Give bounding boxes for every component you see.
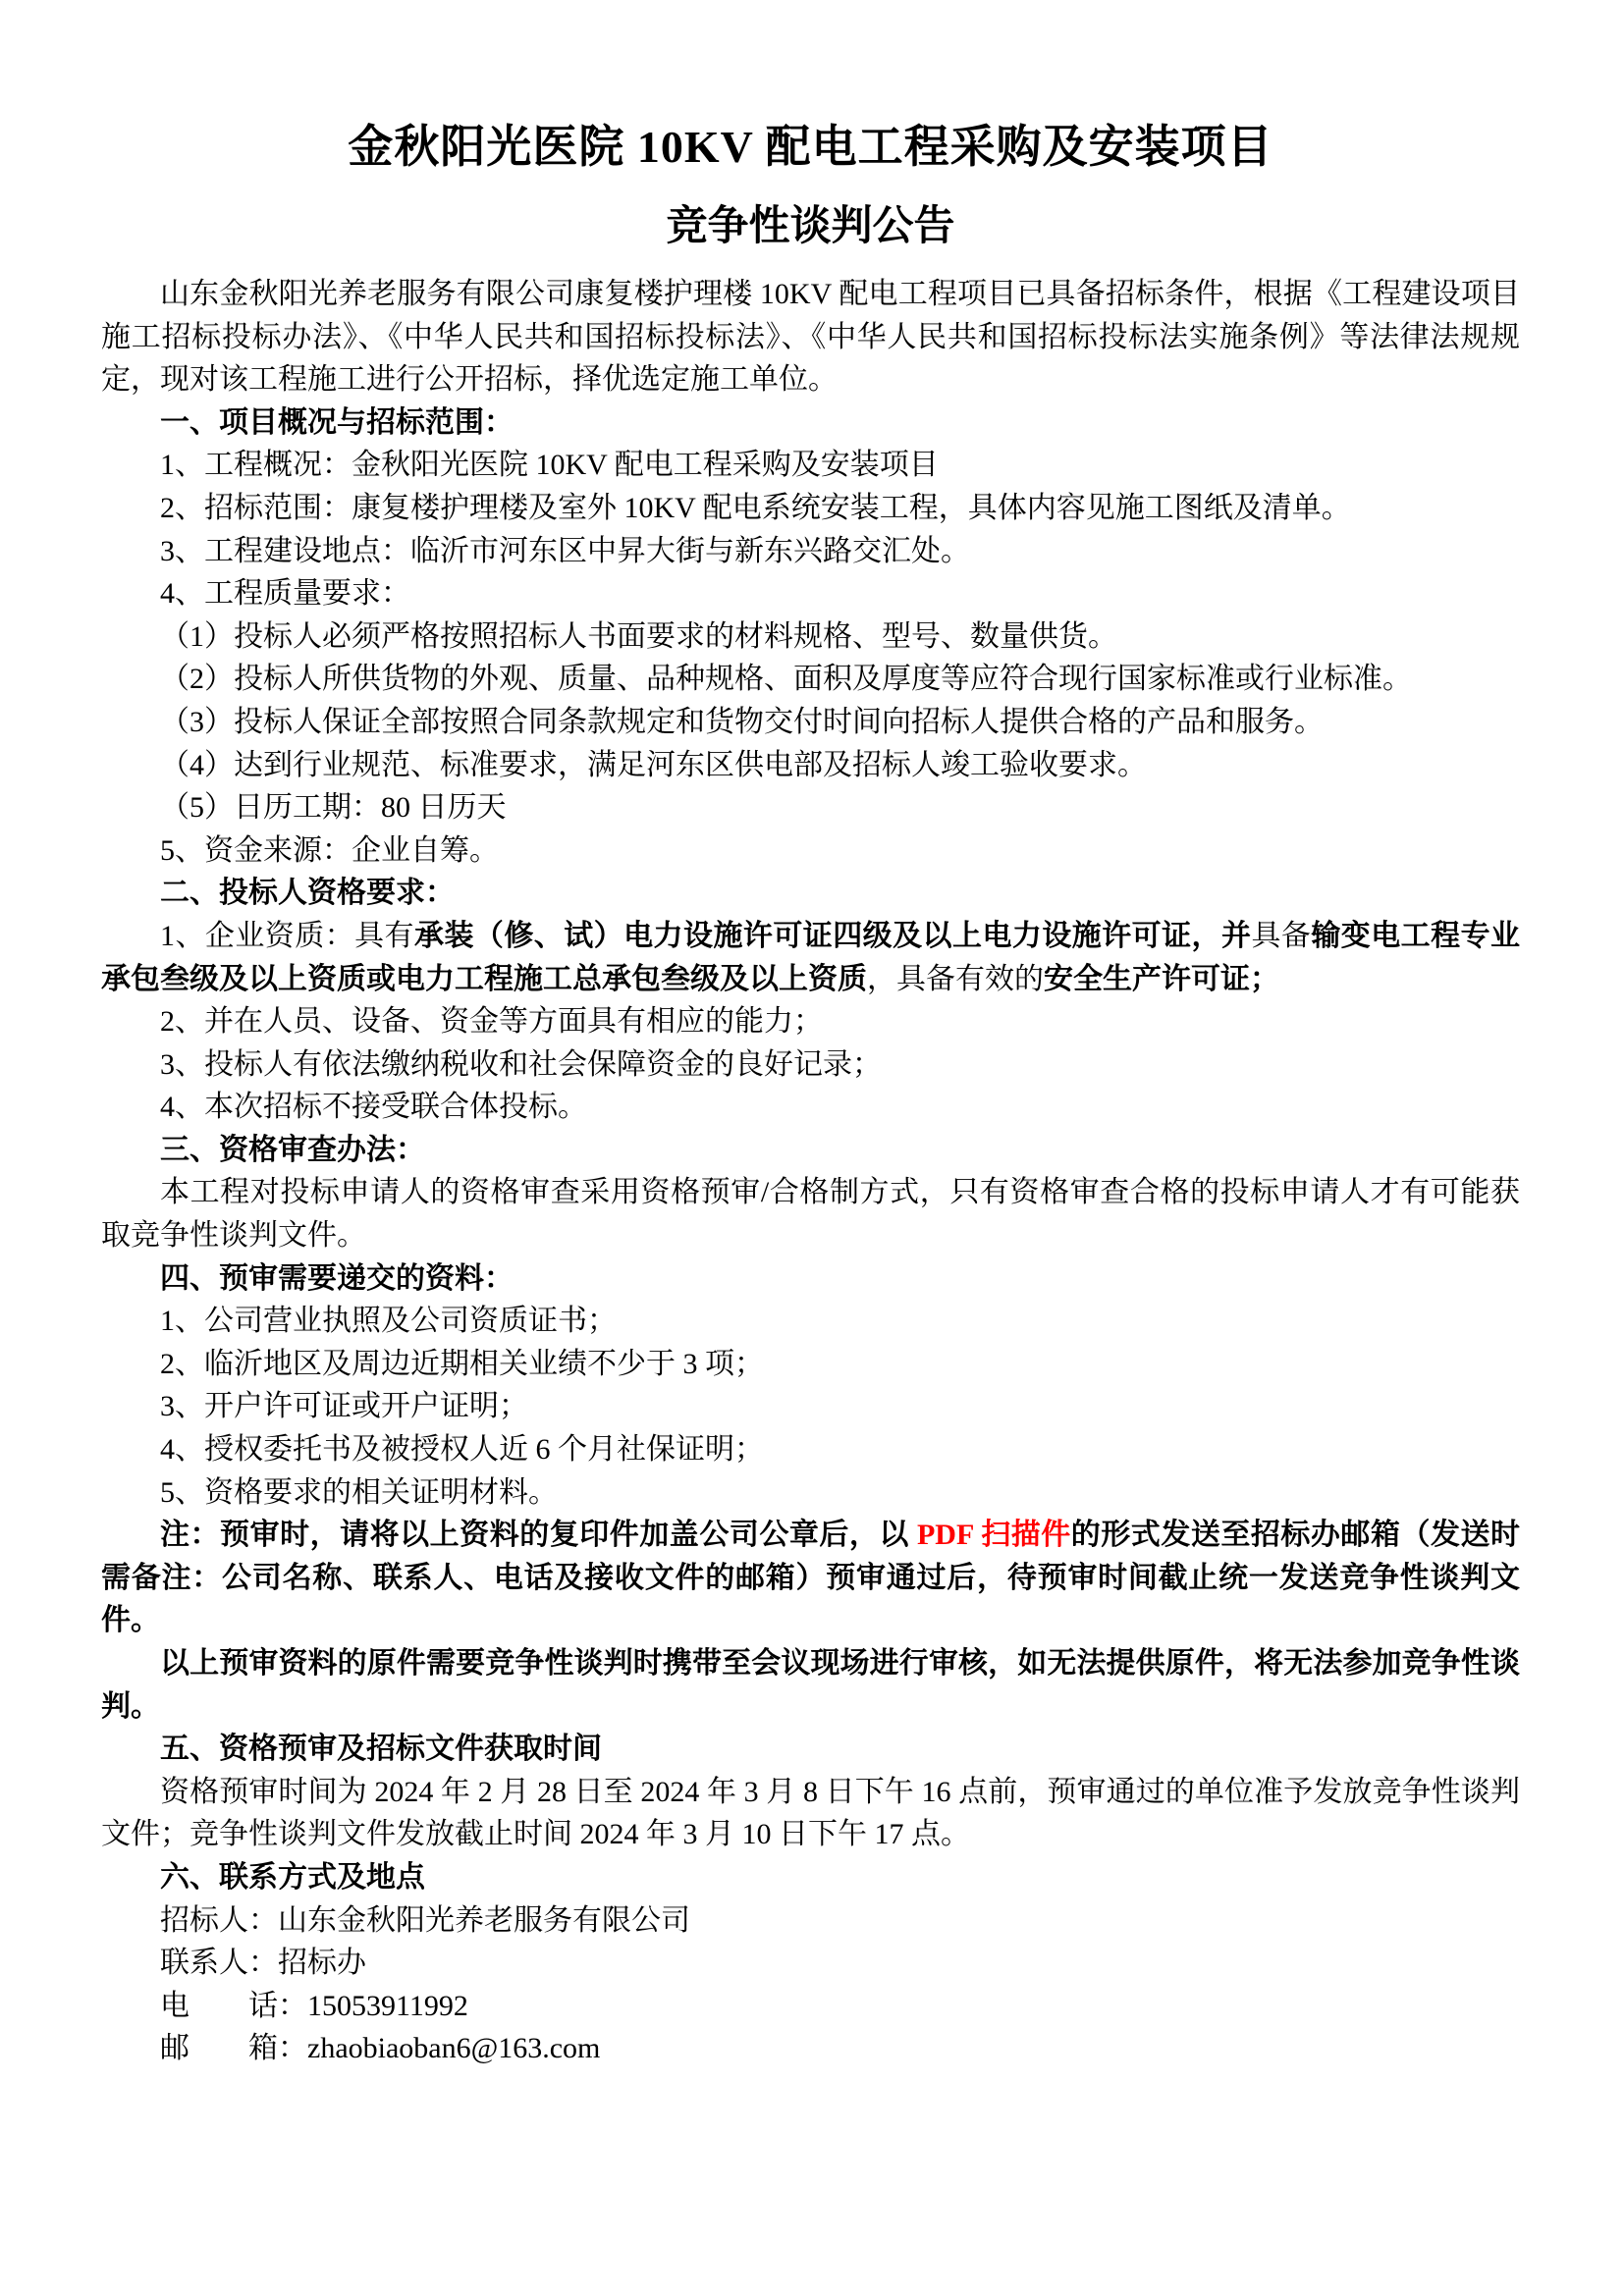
- section-heading: 一、项目概况与招标范围：: [101, 401, 1520, 445]
- text-run: 资格预审时间为 2024 年 2 月 28 日至 2024 年 3 月 8 日下…: [101, 1776, 1520, 1851]
- text-run: 山东金秋阳光养老服务有限公司康复楼护理楼 10KV 配电工程项目已具备招标条件，…: [101, 278, 1520, 396]
- text-run: 4、工程质量要求：: [160, 577, 410, 610]
- paragraph: 资格预审时间为 2024 年 2 月 28 日至 2024 年 3 月 8 日下…: [101, 1771, 1520, 1856]
- section-heading: 六、联系方式及地点: [101, 1856, 1520, 1899]
- text-run: 联系人：招标办: [160, 1947, 366, 1979]
- announcement-body: 山东金秋阳光养老服务有限公司康复楼护理楼 10KV 配电工程项目已具备招标条件，…: [101, 273, 1520, 2070]
- text-run: ，具备有效的: [867, 963, 1044, 995]
- paragraph: 1、工程概况：金秋阳光医院 10KV 配电工程采购及安装项目: [101, 444, 1520, 487]
- paragraph: 2、招标范围：康复楼护理楼及室外 10KV 配电系统安装工程，具体内容见施工图纸…: [101, 487, 1520, 530]
- paragraph: （3）投标人保证全部按照合同条款规定和货物交付时间向招标人提供合格的产品和服务。: [101, 701, 1520, 744]
- section-heading: 二、投标人资格要求：: [101, 872, 1520, 915]
- section-heading: 四、预审需要递交的资料：: [101, 1257, 1520, 1301]
- paragraph: 3、投标人有依法缴纳税收和社会保障资金的良好记录；: [101, 1043, 1520, 1087]
- text-run: 具备: [1251, 920, 1311, 952]
- paragraph: 电 话：15053911992: [101, 1985, 1520, 2028]
- paragraph: 1、企业资质：具有承装（修、试）电力设施许可证四级及以上电力设施许可证，并具备输…: [101, 915, 1520, 1000]
- section-heading: 三、资格审查办法：: [101, 1129, 1520, 1172]
- text-run: 承装（修、试）电力设施许可证四级及以上电力设施许可证，并: [414, 920, 1251, 952]
- paragraph: （4）达到行业规范、标准要求，满足河东区供电部及招标人竣工验收要求。: [101, 744, 1520, 787]
- text-run: 注：预审时，请将以上资料的复印件加盖公司公章后，以: [160, 1519, 917, 1551]
- paragraph: 3、工程建设地点：临沂市河东区中昇大街与新东兴路交汇处。: [101, 530, 1520, 573]
- paragraph: 邮 箱：zhaobiaoban6@163.com: [101, 2027, 1520, 2070]
- text-run: 5、资格要求的相关证明材料。: [160, 1476, 558, 1509]
- text-run: （3）投标人保证全部按照合同条款规定和货物交付时间向招标人提供合格的产品和服务。: [160, 706, 1324, 738]
- text-run: 4、本次招标不接受联合体投标。: [160, 1091, 587, 1123]
- document-subtitle: 竞争性谈判公告: [101, 198, 1520, 255]
- text-run: 2、临沂地区及周边近期相关业绩不少于 3 项；: [160, 1348, 764, 1380]
- paragraph: 以上预审资料的原件需要竞争性谈判时携带至会议现场进行审核，如无法提供原件，将无法…: [101, 1642, 1520, 1728]
- paragraph: 联系人：招标办: [101, 1942, 1520, 1985]
- text-run: 招标人：山东金秋阳光养老服务有限公司: [160, 1904, 690, 1937]
- text-run: 四、预审需要递交的资料：: [160, 1262, 514, 1295]
- paragraph: 招标人：山东金秋阳光养老服务有限公司: [101, 1899, 1520, 1943]
- text-run: 4、授权委托书及被授权人近 6 个月社保证明；: [160, 1433, 764, 1466]
- text-run: 1、公司营业执照及公司资质证书；: [160, 1305, 617, 1337]
- paragraph: 5、资格要求的相关证明材料。: [101, 1471, 1520, 1515]
- paragraph: （2）投标人所供货物的外观、质量、品种规格、面积及厚度等应符合现行国家标准或行业…: [101, 658, 1520, 701]
- text-run: 3、开户许可证或开户证明；: [160, 1390, 528, 1422]
- text-run: 六、联系方式及地点: [160, 1861, 425, 1894]
- paragraph: 2、临沂地区及周边近期相关业绩不少于 3 项；: [101, 1343, 1520, 1386]
- paragraph: 2、并在人员、设备、资金等方面具有相应的能力；: [101, 1000, 1520, 1043]
- text-run: 5、资金来源：企业自筹。: [160, 834, 499, 867]
- text-run: 1、工程概况：金秋阳光医院 10KV 配电工程采购及安装项目: [160, 449, 939, 481]
- text-run: 邮 箱：zhaobiaoban6@163.com: [160, 2032, 600, 2064]
- text-run: （1）投标人必须严格按照招标人书面要求的材料规格、型号、数量供货。: [160, 620, 1117, 653]
- paragraph: 1、公司营业执照及公司资质证书；: [101, 1300, 1520, 1343]
- paragraph: 3、开户许可证或开户证明；: [101, 1385, 1520, 1428]
- text-run: 2、并在人员、设备、资金等方面具有相应的能力；: [160, 1005, 823, 1038]
- text-run: 以上预审资料的原件需要竞争性谈判时携带至会议现场进行审核，如无法提供原件，将无法…: [101, 1647, 1520, 1723]
- paragraph: （1）投标人必须严格按照招标人书面要求的材料规格、型号、数量供货。: [101, 615, 1520, 659]
- text-run: 三、资格审查办法：: [160, 1134, 425, 1166]
- text-run: 2、招标范围：康复楼护理楼及室外 10KV 配电系统安装工程，具体内容见施工图纸…: [160, 492, 1351, 524]
- text-run: 3、投标人有依法缴纳税收和社会保障资金的良好记录；: [160, 1048, 882, 1081]
- section-heading: 五、资格预审及招标文件获取时间: [101, 1728, 1520, 1771]
- text-run: 安全生产许可证；: [1044, 963, 1279, 995]
- paragraph: 4、授权委托书及被授权人近 6 个月社保证明；: [101, 1428, 1520, 1471]
- paragraph: 注：预审时，请将以上资料的复印件加盖公司公章后，以 PDF 扫描件的形式发送至招…: [101, 1514, 1520, 1642]
- paragraph: 4、本次招标不接受联合体投标。: [101, 1086, 1520, 1129]
- text-run: （5）日历工期：80 日历天: [160, 791, 507, 824]
- paragraph: 山东金秋阳光养老服务有限公司康复楼护理楼 10KV 配电工程项目已具备招标条件，…: [101, 273, 1520, 401]
- text-run: 一、项目概况与招标范围：: [160, 406, 514, 439]
- paragraph: （5）日历工期：80 日历天: [101, 786, 1520, 829]
- text-run: 电 话：15053911992: [160, 1990, 468, 2022]
- highlighted-text: PDF 扫描件: [917, 1519, 1071, 1551]
- document-content: 金秋阳光医院 10KV 配电工程采购及安装项目 竞争性谈判公告 山东金秋阳光养老…: [0, 0, 1624, 2070]
- document-title: 金秋阳光医院 10KV 配电工程采购及安装项目: [101, 116, 1520, 179]
- paragraph: 5、资金来源：企业自筹。: [101, 829, 1520, 873]
- paragraph: 本工程对投标申请人的资格审查采用资格预审/合格制方式，只有资格审查合格的投标申请…: [101, 1171, 1520, 1256]
- text-run: 本工程对投标申请人的资格审查采用资格预审/合格制方式，只有资格审查合格的投标申请…: [101, 1176, 1520, 1252]
- paragraph: 4、工程质量要求：: [101, 572, 1520, 615]
- text-run: 1、企业资质：具有: [160, 920, 414, 952]
- text-run: 五、资格预审及招标文件获取时间: [160, 1733, 602, 1765]
- text-run: 二、投标人资格要求：: [160, 877, 455, 909]
- document-page: 金秋阳光医院 10KV 配电工程采购及安装项目 竞争性谈判公告 山东金秋阳光养老…: [0, 0, 1624, 2296]
- text-run: （2）投标人所供货物的外观、质量、品种规格、面积及厚度等应符合现行国家标准或行业…: [160, 663, 1412, 695]
- text-run: （4）达到行业规范、标准要求，满足河东区供电部及招标人竣工验收要求。: [160, 749, 1147, 781]
- text-run: 3、工程建设地点：临沂市河东区中昇大街与新东兴路交汇处。: [160, 535, 970, 567]
